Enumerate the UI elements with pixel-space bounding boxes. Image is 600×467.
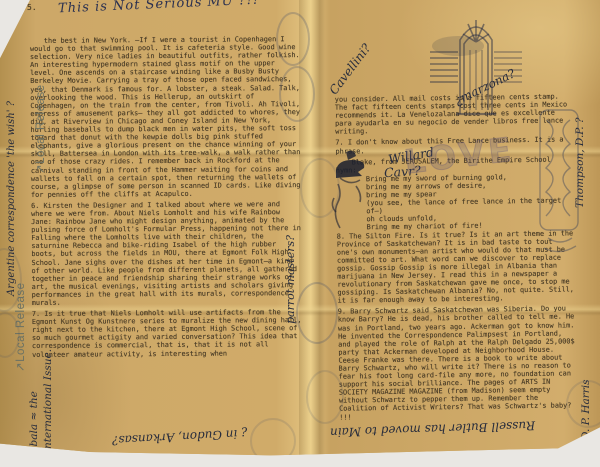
margin-note-zabala: Zabala ≈ the (28, 391, 40, 460)
oval-postmark-5 (306, 370, 344, 424)
handwritten-title-note: This is Not Serious MU ?!! (58, 0, 260, 16)
upside-down-note-gudon: ¿ in Gudon, Arkansas? (112, 426, 248, 447)
oval-postmark-3 (300, 158, 340, 218)
paper-spread: 5. the best in New York. —If I were a to… (0, 0, 600, 467)
note-cavellini: Cavellini? (326, 41, 373, 97)
oval-postmark-6 (250, 418, 296, 464)
ornate-margin-stamp (534, 106, 584, 258)
oval-postmark-2 (279, 66, 315, 122)
left-page-typed-text: the best in New York. —If I were a touri… (30, 35, 303, 362)
margin-note-local-release-1: ↗Local Release (33, 84, 47, 174)
oval-postmark-4 (296, 282, 338, 344)
typed-paragraph: the best in New York. —If I were a touri… (30, 35, 302, 199)
oval-postmark-1 (276, 12, 310, 66)
building-facade-stamp (428, 6, 524, 118)
typed-paragraph: 7. Is it true that Niels Lomholt will us… (32, 308, 303, 358)
typed-paragraph: 9. Barry Schwartz said Saskatchewan was … (338, 305, 577, 422)
page-number: 5. (27, 3, 37, 12)
margin-note-international-issue: →International Issue. (42, 349, 54, 462)
photo-of-letter: 5. the best in New York. —If I were a to… (0, 0, 600, 467)
typed-paragraph: 6. Kirsten the Designer and I talked abo… (31, 200, 303, 307)
